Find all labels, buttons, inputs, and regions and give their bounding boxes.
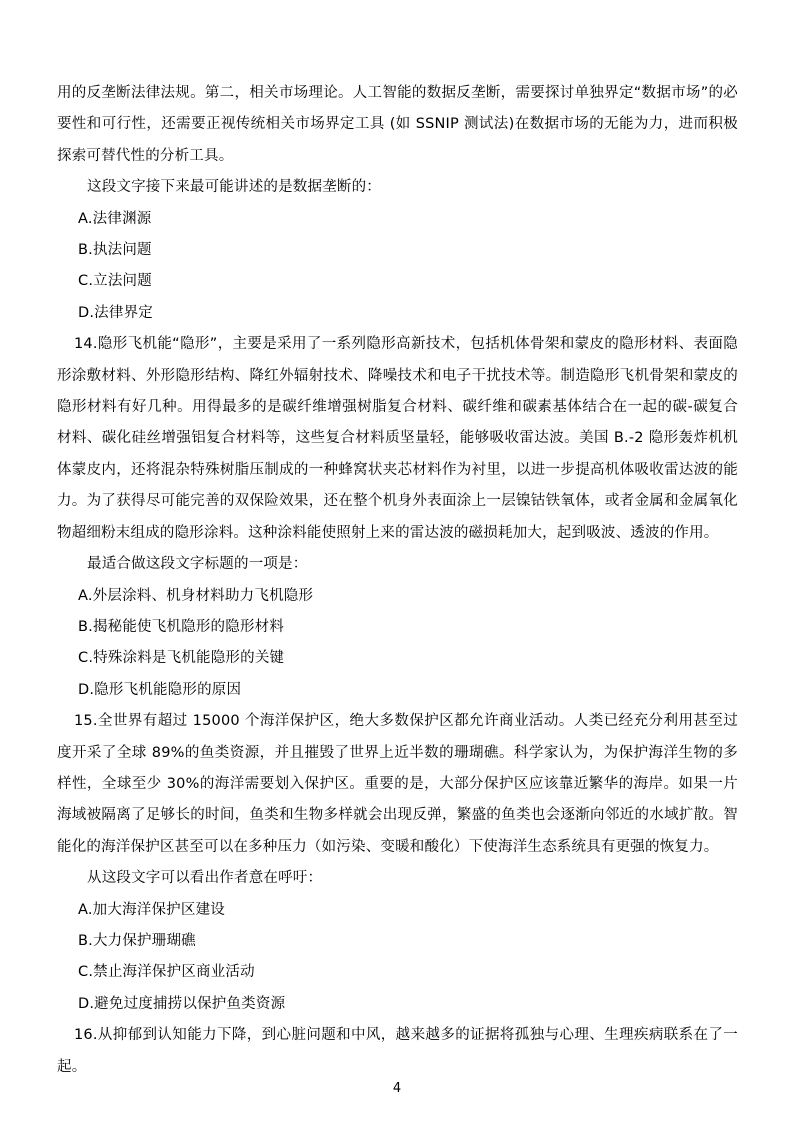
document-page: 用的反垄断法律法规。第二，相关市场理论。人工智能的数据反垄断，需要探讨单独界定“… <box>0 0 794 1122</box>
page-number: 4 <box>0 1081 794 1097</box>
q15-option-c: C.禁止海洋保护区商业活动 <box>57 957 738 988</box>
document-content: 用的反垄断法律法规。第二，相关市场理论。人工智能的数据反垄断，需要探讨单独界定“… <box>57 78 738 1083</box>
q14-option-c: C.特殊涂料是飞机能隐形的关键 <box>57 643 738 674</box>
q14-option-d: D.隐形飞机能隐形的原因 <box>57 675 738 706</box>
q14-stem: 最适合做这段文字标题的一项是： <box>57 549 738 580</box>
q15-option-d: D.避免过度捕捞以保护鱼类资源 <box>57 989 738 1020</box>
q13-option-c: C.立法问题 <box>57 266 738 297</box>
q14-passage: 14.隐形飞机能“隐形”，主要是采用了一系列隐形高新技术，包括机体骨架和蒙皮的隐… <box>57 329 738 549</box>
q16-passage: 16.从抑郁到认知能力下降，到心脏问题和中风，越来越多的证据将孤独与心理、生理疾… <box>57 1020 738 1083</box>
q13-option-d: D.法律界定 <box>57 298 738 329</box>
q13-option-b: B.执法问题 <box>57 235 738 266</box>
q15-option-b: B.大力保护珊瑚礁 <box>57 926 738 957</box>
q14-option-b: B.揭秘能使飞机隐形的隐形材料 <box>57 612 738 643</box>
q13-option-a: A.法律渊源 <box>57 204 738 235</box>
q15-option-a: A.加大海洋保护区建设 <box>57 895 738 926</box>
q15-passage: 15.全世界有超过 15000 个海洋保护区，绝大多数保护区都允许商业活动。人类… <box>57 706 738 863</box>
q13-stem: 这段文字接下来最可能讲述的是数据垄断的： <box>57 172 738 203</box>
q15-stem: 从这段文字可以看出作者意在呼吁： <box>57 863 738 894</box>
q14-option-a: A.外层涂料、机身材料助力飞机隐形 <box>57 581 738 612</box>
q13-passage-continuation: 用的反垄断法律法规。第二，相关市场理论。人工智能的数据反垄断，需要探讨单独界定“… <box>57 78 738 172</box>
